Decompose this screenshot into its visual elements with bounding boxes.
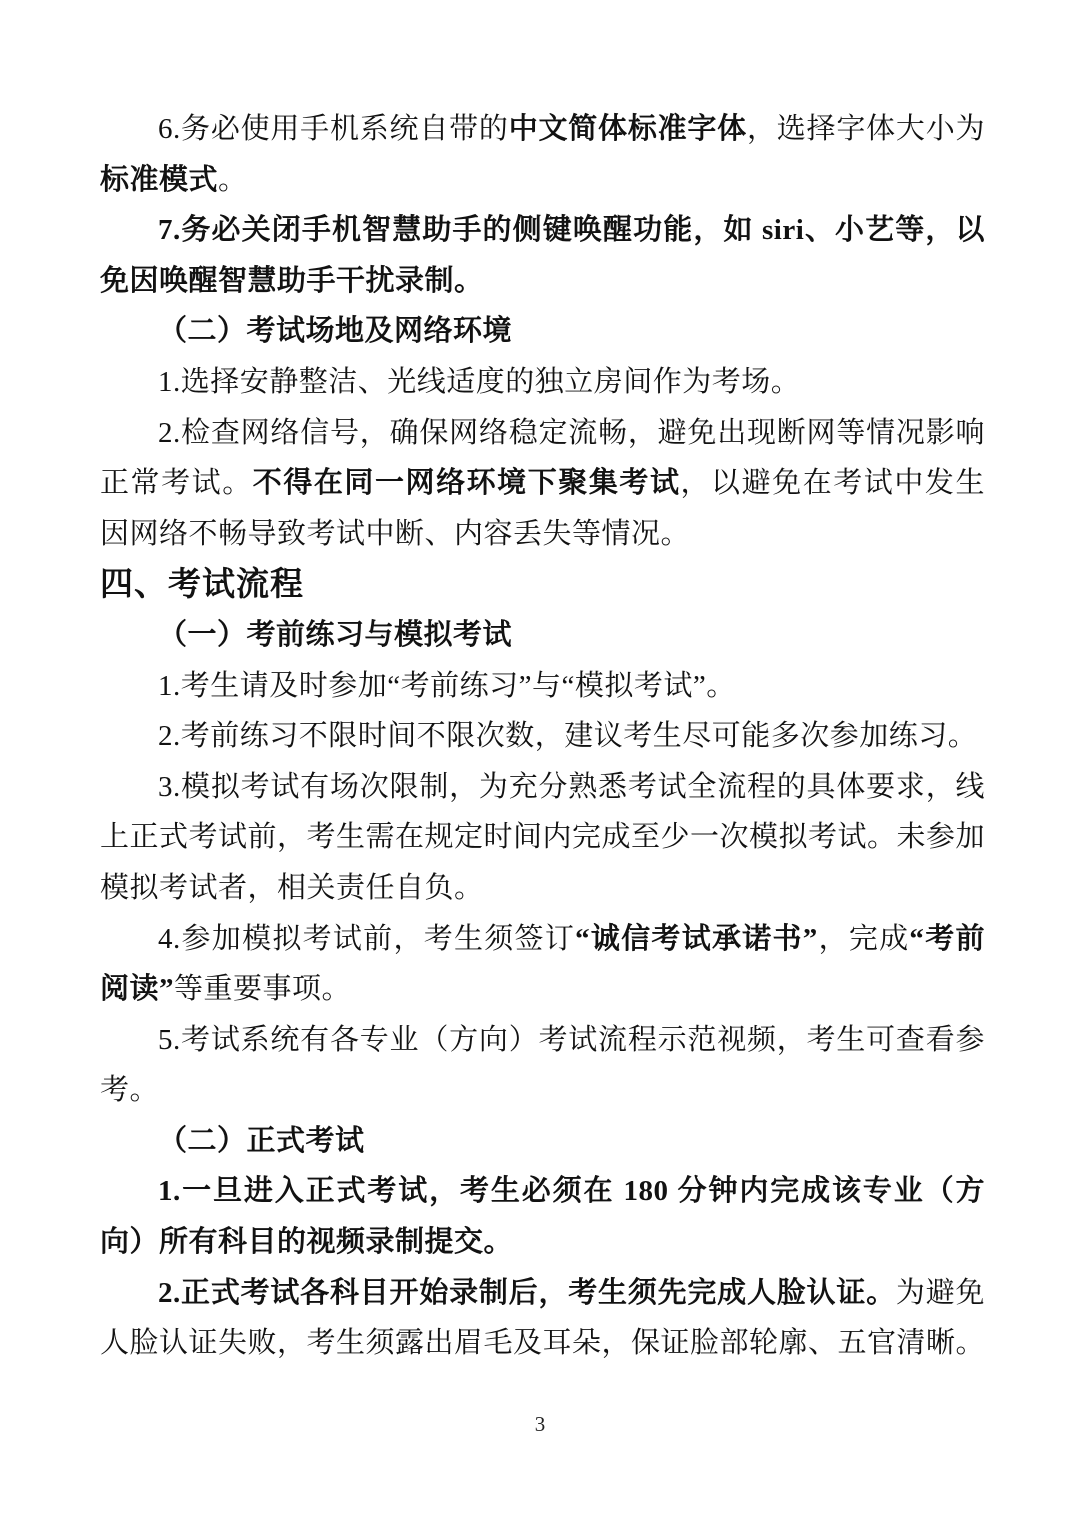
document-page: 6.务必使用手机系统自带的中文简体标准字体，选择字体大小为标准模式。7.务必关闭… xyxy=(0,0,1080,1527)
practice-item-4: 4.参加模拟考试前，考生须签订“诚信考试承诺书”，完成“考前阅读”等重要事项。 xyxy=(100,914,985,1015)
heading-exam-process: 四、考试流程 xyxy=(100,559,985,610)
text-segment: 3.模拟考试有场次限制，为充分熟悉考试全流程的具体要求，线上正式考试前，考生需在… xyxy=(100,771,985,904)
formal-item-1: 1.一旦进入正式考试，考生必须在 180 分钟内完成该专业（方向）所有科目的视频… xyxy=(100,1166,985,1267)
text-segment: ，选择字体大小为 xyxy=(747,113,985,145)
text-segment: 1.考生请及时参加“考前练习”与“模拟考试”。 xyxy=(158,670,736,702)
text-segment: 5.考试系统有各专业（方向）考试流程示范视频，考生可查看参考。 xyxy=(100,1024,985,1107)
heading-formal-exam: （二）正式考试 xyxy=(100,1116,985,1167)
bold-text-segment: “诚信考试承诺书” xyxy=(575,923,818,955)
text-segment: 6.务必使用手机系统自带的 xyxy=(158,113,509,145)
venue-item-1: 1.选择安静整洁、光线适度的独立房间作为考场。 xyxy=(100,357,985,408)
page-footer: 3 xyxy=(0,1412,1080,1437)
text-segment: 等重要事项。 xyxy=(174,973,351,1005)
practice-item-5: 5.考试系统有各专业（方向）考试流程示范视频，考生可查看参考。 xyxy=(100,1015,985,1116)
phone-item-7: 7.务必关闭手机智慧助手的侧键唤醒功能，如 siri、小艺等，以免因唤醒智慧助手… xyxy=(100,205,985,306)
page-number: 3 xyxy=(535,1412,546,1436)
practice-item-2: 2.考前练习不限时间不限次数，建议考生尽可能多次参加练习。 xyxy=(100,711,985,762)
text-segment: 2.考前练习不限时间不限次数，建议考生尽可能多次参加练习。 xyxy=(158,720,977,752)
practice-item-1: 1.考生请及时参加“考前练习”与“模拟考试”。 xyxy=(100,661,985,712)
bold-text-segment: （二）考试场地及网络环境 xyxy=(158,315,512,347)
bold-text-segment: 1.一旦进入正式考试，考生必须在 180 分钟内完成该专业（方向）所有科目的视频… xyxy=(100,1175,985,1258)
heading-venue-network: （二）考试场地及网络环境 xyxy=(100,306,985,357)
bold-text-segment: 7.务必关闭手机智慧助手的侧键唤醒功能，如 siri、小艺等，以免因唤醒智慧助手… xyxy=(100,214,985,297)
heading-practice-mock: （一）考前练习与模拟考试 xyxy=(100,610,985,661)
bold-text-segment: 四、考试流程 xyxy=(100,565,304,602)
bold-text-segment: （一）考前练习与模拟考试 xyxy=(158,619,512,651)
bold-text-segment: 不得在同一网络环境下聚集考试 xyxy=(253,467,681,499)
text-segment: 1.选择安静整洁、光线适度的独立房间作为考场。 xyxy=(158,366,800,398)
phone-item-6: 6.务必使用手机系统自带的中文简体标准字体，选择字体大小为标准模式。 xyxy=(100,104,985,205)
bold-text-segment: 2.正式考试各科目开始录制后，考生须先完成人脸认证。 xyxy=(158,1277,896,1309)
venue-item-2: 2.检查网络信号，确保网络稳定流畅，避免出现断网等情况影响正常考试。不得在同一网… xyxy=(100,408,985,560)
bold-text-segment: 标准模式 xyxy=(100,164,218,196)
text-segment: 。 xyxy=(218,164,248,196)
document-body: 6.务必使用手机系统自带的中文简体标准字体，选择字体大小为标准模式。7.务必关闭… xyxy=(100,104,985,1369)
text-segment: ，完成 xyxy=(818,923,910,955)
formal-item-2: 2.正式考试各科目开始录制后，考生须先完成人脸认证。为避免人脸认证失败，考生须露… xyxy=(100,1268,985,1369)
bold-text-segment: 中文简体标准字体 xyxy=(509,113,747,145)
text-segment: 4.参加模拟考试前，考生须签订 xyxy=(158,923,575,955)
bold-text-segment: （二）正式考试 xyxy=(158,1125,365,1157)
practice-item-3: 3.模拟考试有场次限制，为充分熟悉考试全流程的具体要求，线上正式考试前，考生需在… xyxy=(100,762,985,914)
